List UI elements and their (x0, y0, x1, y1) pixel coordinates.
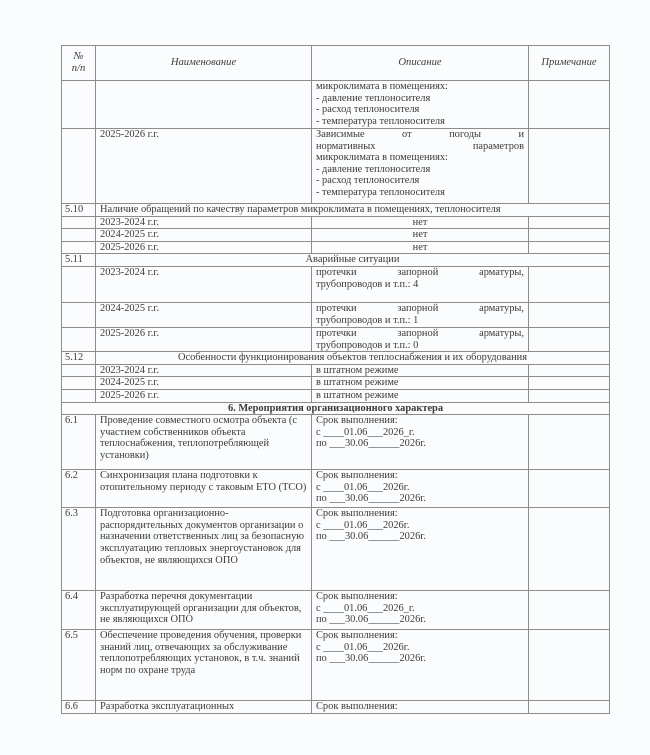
desc-line: - температура теплоносителя (316, 116, 524, 128)
cell-name: Подготовка организационно-распорядительн… (96, 508, 312, 591)
cell-num (62, 241, 96, 254)
table-row: 2025-2026 г.г. в штатном режиме (62, 389, 610, 402)
section-title: Особенности функционирования объектов те… (96, 352, 610, 365)
cell-num: 6.3 (62, 508, 96, 591)
cell-period: 2024-2025 г.г. (96, 377, 312, 390)
table-row: 6.4 Разработка перечня документации эксп… (62, 591, 610, 630)
cell-note (529, 241, 610, 254)
desc-line: нормативных параметров (316, 141, 524, 153)
desc-line: - температура теплоносителя (316, 187, 524, 199)
cell-name: Синхронизация плана подготовки к отопите… (96, 470, 312, 508)
cell-note (529, 470, 610, 508)
cell-num: 6.2 (62, 470, 96, 508)
table-header-row: №п/п Наименование Описание Примечание (62, 46, 610, 81)
header-note: Примечание (529, 46, 610, 81)
cell-num (62, 266, 96, 302)
section-6-title: 6. Мероприятия организационного характер… (62, 402, 610, 415)
cell-note (529, 389, 610, 402)
deadline-label: Срок выполнения: (316, 470, 524, 482)
table-row: 2023-2024 г.г. в штатном режиме (62, 364, 610, 377)
cell-num: 5.10 (62, 204, 96, 217)
desc-line: трубопроводов и т.п.: 4 (316, 279, 524, 291)
cell-note (529, 81, 610, 129)
cell-value: нет (312, 229, 529, 242)
table-row: 6.2 Синхронизация плана подготовки к ото… (62, 470, 610, 508)
cell-deadline: Срок выполнения: с ____01.06___2026_г. п… (312, 591, 529, 630)
desc-line: - давление теплоносителя (316, 164, 524, 176)
deadline-to: по ___30.06______2026г. (316, 653, 524, 665)
desc-line: микроклимата в помещениях: (316, 152, 524, 164)
desc-line: трубопроводов и т.п.: 0 (316, 340, 524, 352)
deadline-label: Срок выполнения: (316, 415, 524, 427)
table-row: 2023-2024 г.г. нет (62, 216, 610, 229)
cell-name (96, 81, 312, 129)
cell-name: Разработка эксплуатационных (96, 701, 312, 714)
cell-num: 5.12 (62, 352, 96, 365)
cell-note (529, 266, 610, 302)
cell-num: 6.1 (62, 415, 96, 470)
cell-value: нет (312, 241, 529, 254)
table-row: 6.1 Проведение совместного осмотра объек… (62, 415, 610, 470)
header-num-line1: № (74, 51, 84, 62)
cell-note (529, 508, 610, 591)
desc-line: протечки запорной арматуры, (316, 328, 524, 340)
deadline-to: по ___30.06______2026г. (316, 614, 524, 626)
cell-period: 2025-2026 г.г. (96, 327, 312, 351)
deadline-label: Срок выполнения: (316, 630, 524, 642)
table-row: 6.6 Разработка эксплуатационных Срок вып… (62, 701, 610, 714)
header-num: №п/п (62, 46, 96, 81)
table-row: 2024-2025 г.г. протечки запорной арматур… (62, 302, 610, 327)
desc-line: - расход теплоносителя (316, 104, 524, 116)
desc-line: - давление теплоносителя (316, 93, 524, 105)
cell-period: 2023-2024 г.г. (96, 266, 312, 302)
cell-note (529, 216, 610, 229)
table-row: 2025-2026 г.г. нет (62, 241, 610, 254)
cell-deadline: Срок выполнения: с ____01.06___2026г. по… (312, 630, 529, 701)
cell-period: 2023-2024 г.г. (96, 364, 312, 377)
cell-period: 2024-2025 г.г. (96, 229, 312, 242)
section-row-5-12: 5.12 Особенности функционирования объект… (62, 352, 610, 365)
cell-name: 2025-2026 г.г. (96, 129, 312, 204)
cell-num: 5.11 (62, 254, 96, 267)
cell-name: Разработка перечня документации эксплуат… (96, 591, 312, 630)
cell-deadline: Срок выполнения: с ____01.06___2026г. по… (312, 470, 529, 508)
cell-deadline: Срок выполнения: с ____01.06___2026_г. п… (312, 415, 529, 470)
cell-note (529, 327, 610, 351)
deadline-from: с ____01.06___2026_г. (316, 603, 524, 615)
cell-num (62, 129, 96, 204)
cell-num: 6.6 (62, 701, 96, 714)
cell-note (529, 415, 610, 470)
table-row: 2025-2026 г.г. Зависимые от погоды и нор… (62, 129, 610, 204)
cell-note (529, 129, 610, 204)
cell-period: 2025-2026 г.г. (96, 241, 312, 254)
cell-value: в штатном режиме (312, 377, 529, 390)
cell-num (62, 364, 96, 377)
cell-description: Зависимые от погоды и нормативных параме… (312, 129, 529, 204)
table-row: 6.5 Обеспечение проведения обучения, про… (62, 630, 610, 701)
cell-num: 6.4 (62, 591, 96, 630)
cell-num (62, 216, 96, 229)
cell-note (529, 302, 610, 327)
section-row-5-10: 5.10 Наличие обращений по качеству парам… (62, 204, 610, 217)
header-num-line2: п/п (72, 63, 86, 74)
cell-num (62, 327, 96, 351)
cell-note (529, 630, 610, 701)
cell-value: нет (312, 216, 529, 229)
cell-num (62, 389, 96, 402)
cell-name: Обеспечение проведения обучения, проверк… (96, 630, 312, 701)
cell-description: микроклимата в помещениях: - давление те… (312, 81, 529, 129)
cell-note (529, 591, 610, 630)
table-row: микроклимата в помещениях: - давление те… (62, 81, 610, 129)
desc-line: - расход теплоносителя (316, 175, 524, 187)
cell-note (529, 377, 610, 390)
cell-value: протечки запорной арматуры, трубопроводо… (312, 327, 529, 351)
desc-line: Зависимые от погоды и (316, 129, 524, 141)
cell-num (62, 229, 96, 242)
section-6-header-row: 6. Мероприятия организационного характер… (62, 402, 610, 415)
document-table: №п/п Наименование Описание Примечание ми… (61, 45, 610, 714)
cell-num (62, 302, 96, 327)
cell-note (529, 364, 610, 377)
deadline-from: с ____01.06___2026г. (316, 642, 524, 654)
deadline-label: Срок выполнения: (316, 591, 524, 603)
cell-name: Проведение совместного осмотра объекта (… (96, 415, 312, 470)
deadline-from: с ____01.06___2026_г. (316, 427, 524, 439)
desc-line: протечки запорной арматуры, (316, 267, 524, 279)
section-title: Наличие обращений по качеству параметров… (96, 204, 610, 217)
deadline-to: по ___30.06______2026г. (316, 493, 524, 505)
cell-period: 2025-2026 г.г. (96, 389, 312, 402)
cell-deadline: Срок выполнения: (312, 701, 529, 714)
cell-num (62, 81, 96, 129)
deadline-to: по ___30.06______2026г. (316, 438, 524, 450)
table-row: 2024-2025 г.г. нет (62, 229, 610, 242)
cell-num: 6.5 (62, 630, 96, 701)
table-row: 2024-2025 г.г. в штатном режиме (62, 377, 610, 390)
desc-line: трубопроводов и т.п.: 1 (316, 315, 524, 327)
cell-period: 2024-2025 г.г. (96, 302, 312, 327)
deadline-from: с ____01.06___2026г. (316, 520, 524, 532)
desc-line: микроклимата в помещениях: (316, 81, 524, 93)
table-row: 2023-2024 г.г. протечки запорной арматур… (62, 266, 610, 302)
table-row: 2025-2026 г.г. протечки запорной арматур… (62, 327, 610, 351)
section-title: Аварийные ситуации (96, 254, 610, 267)
deadline-from: с ____01.06___2026г. (316, 482, 524, 494)
cell-note (529, 229, 610, 242)
header-description: Описание (312, 46, 529, 81)
desc-line: протечки запорной арматуры, (316, 303, 524, 315)
deadline-label: Срок выполнения: (316, 508, 524, 520)
table-row: 6.3 Подготовка организационно-распорядит… (62, 508, 610, 591)
section-row-5-11: 5.11 Аварийные ситуации (62, 254, 610, 267)
deadline-to: по ___30.06______2026г. (316, 531, 524, 543)
cell-value: протечки запорной арматуры, трубопроводо… (312, 266, 529, 302)
header-name: Наименование (96, 46, 312, 81)
cell-num (62, 377, 96, 390)
cell-deadline: Срок выполнения: с ____01.06___2026г. по… (312, 508, 529, 591)
cell-value: протечки запорной арматуры, трубопроводо… (312, 302, 529, 327)
cell-value: в штатном режиме (312, 364, 529, 377)
cell-period: 2023-2024 г.г. (96, 216, 312, 229)
cell-note (529, 701, 610, 714)
cell-value: в штатном режиме (312, 389, 529, 402)
